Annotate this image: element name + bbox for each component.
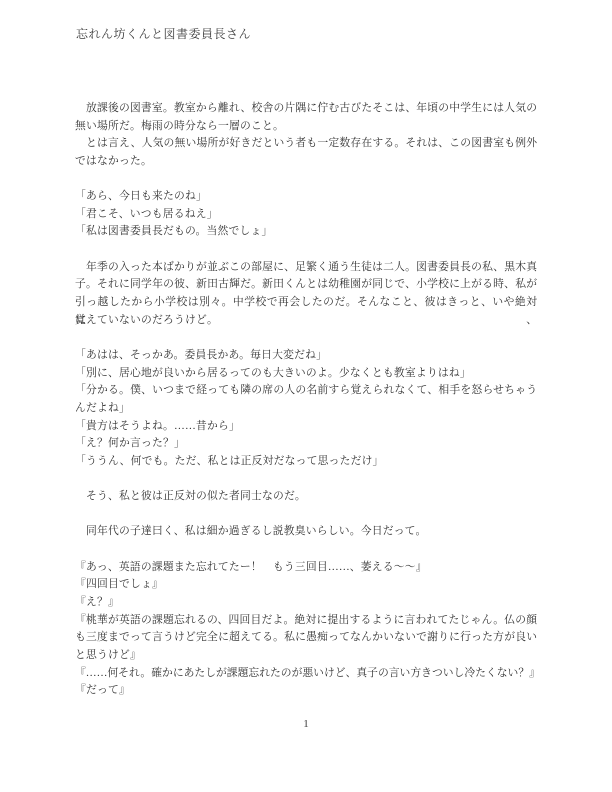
text-line: そう、私と彼は正反対の似た者同士なのだ。 bbox=[75, 488, 537, 506]
text-line: 『……何それ。確かにあたしが課題忘れたのが悪いけど、真子の言い方きついし冷たくな… bbox=[75, 665, 537, 683]
text-line: 子。それに同学年の彼、新田古輝だ。新田くんとは幼稚園が同じで、小学校に上がる時、… bbox=[75, 276, 537, 294]
text-line: 同年代の子達曰く、私は細か過ぎるし説教臭いらしい。今日だって。 bbox=[75, 523, 537, 541]
document-page: 忘れん坊くんと図書委員長さん 放課後の図書室。教室から離れ、校舎の片隅に佇む古び… bbox=[0, 0, 612, 792]
text-line: 『え？』 bbox=[75, 594, 537, 612]
text-line: とは言え、人気の無い場所が好きだという者も一定数存在する。それは、この図書室も例… bbox=[75, 135, 537, 153]
text-line: 引っ越したから小学校は別々。中学校で再会したのだ。そんなこと、彼はきっと、いや絶… bbox=[75, 294, 537, 312]
text-line bbox=[75, 329, 537, 347]
document-title: 忘れん坊くんと図書委員長さん bbox=[76, 26, 538, 42]
text-line: と思うけど』 bbox=[75, 647, 537, 665]
text-line: 『桃華が英語の課題忘れるの、四回目だよ。絶対に提出するように言われてたじゃん。仏… bbox=[75, 612, 537, 630]
body-text: 放課後の図書室。教室から離れ、校舎の片隅に佇む古びたそこは、年頃の中学生には人気… bbox=[75, 100, 537, 700]
text-line: 年季の入った本ばかりが並ぶこの部屋に、足繁く通う生徒は二人。図書委員長の私、黒木… bbox=[75, 259, 537, 277]
text-line: 『だって』 bbox=[75, 682, 537, 700]
text-line bbox=[75, 470, 537, 488]
text-line: 「別に、居心地が良いから居るってのも大きいのよ。少なくとも教室よりはね」 bbox=[75, 365, 537, 383]
text-line: 「分かる。僕、いつまで経っても隣の席の人の名前すら覚えられなくて、相手を怒らせち… bbox=[75, 382, 537, 400]
text-line: 「あはは、そっかあ。委員長かあ。毎日大変だね」 bbox=[75, 347, 537, 365]
text-line: 『あっ、英語の課題また忘れてたー！ もう三回目……、萎える～～』 bbox=[75, 559, 537, 577]
text-line: 「ううん、何でも。ただ、私とは正反対だなって思っただけ」 bbox=[75, 453, 537, 471]
text-line: 放課後の図書室。教室から離れ、校舎の片隅に佇む古びたそこは、年頃の中学生には人気… bbox=[75, 100, 537, 118]
text-line: 「君こそ、いつも居るねえ」 bbox=[75, 206, 537, 224]
text-line: 「あら、今日も来たのね」 bbox=[75, 188, 537, 206]
text-line: 「私は図書委員長だもの。当然でしょ」 bbox=[75, 223, 537, 241]
text-line bbox=[75, 241, 537, 259]
text-line: 「貴方はそうよね。……昔から」 bbox=[75, 418, 537, 436]
text-line bbox=[75, 171, 537, 189]
text-line: 『四回目でしょ』 bbox=[75, 576, 537, 594]
text-line bbox=[75, 541, 537, 559]
text-line: 無い場所だ。梅雨の時分なら一層のこと。 bbox=[75, 118, 537, 136]
text-line: 「え？何か言った？」 bbox=[75, 435, 537, 453]
text-line: ではなかった。 bbox=[75, 153, 537, 171]
page-number: 1 bbox=[0, 717, 612, 732]
text-line: んだよね」 bbox=[75, 400, 537, 418]
text-line: も三度までって言うけど完全に超えてる。私に愚痴ってなんかいないで謝りに行った方が… bbox=[75, 629, 537, 647]
text-line bbox=[75, 506, 537, 524]
